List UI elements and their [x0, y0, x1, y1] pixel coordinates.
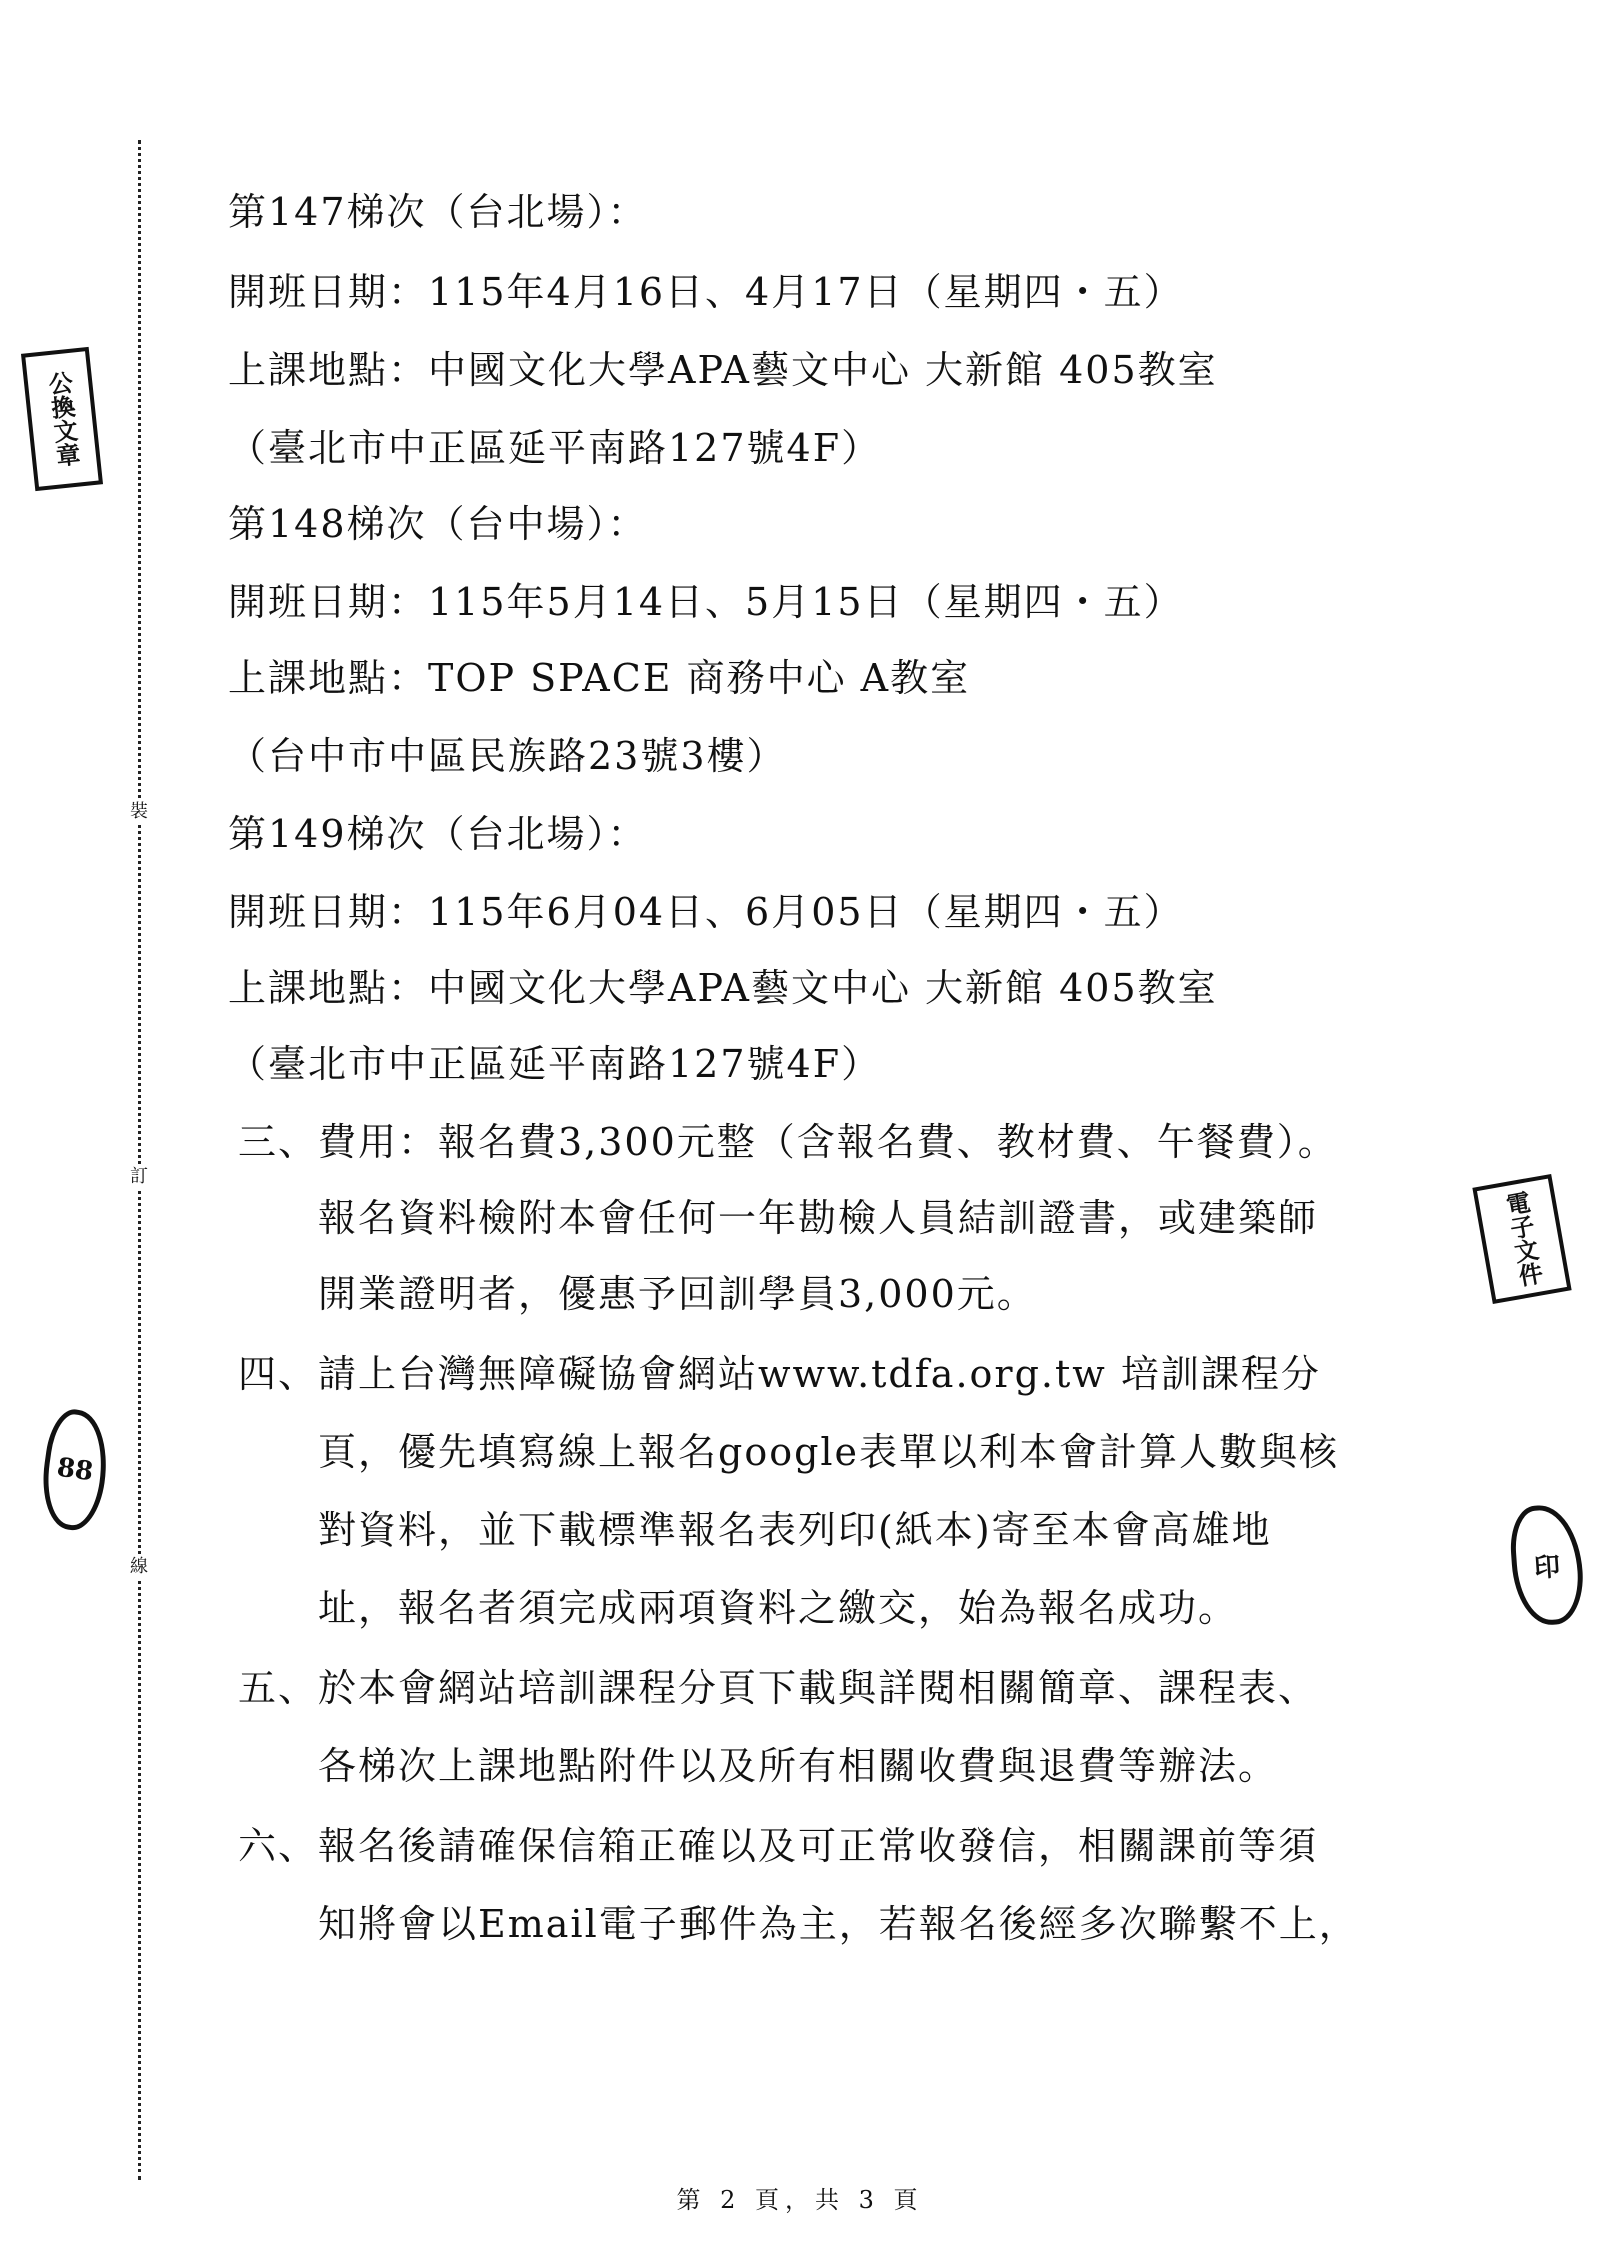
session-147-title: 第147梯次（台北場）：: [228, 190, 648, 234]
session-149-address: （臺北市中正區延平南路127號4F）: [228, 1042, 881, 1086]
download-item-line-2: 各梯次上課地點附件以及所有相關收費與退費等辦法。: [318, 1744, 1278, 1788]
session-149-location: 上課地點：中國文化大學APA藝文中心 大新館 405教室: [228, 966, 1218, 1010]
binding-dotted-line: [138, 140, 141, 2180]
session-148-dates: 開班日期：115年5月14日、5月15日（星期四・五）: [228, 580, 1184, 624]
registration-item-line-1: 四、請上台灣無障礙協會網站www.tdfa.org.tw 培訓課程分: [238, 1352, 1321, 1396]
exchange-stamp-icon: 公換文章: [21, 347, 103, 491]
registration-item-line-3: 對資料，並下載標準報名表列印(紙本)寄至本會高雄地: [318, 1508, 1272, 1552]
session-147-address: （臺北市中正區延平南路127號4F）: [228, 426, 881, 470]
email-item-line-2: 知將會以Email電子郵件為主，若報名後經多次聯繫不上，: [318, 1902, 1359, 1946]
session-149-dates: 開班日期：115年6月04日、6月05日（星期四・五）: [228, 890, 1184, 934]
fee-item-line-3: 開業證明者，優惠予回訓學員3,000元。: [318, 1272, 1037, 1316]
registration-item-line-2: 頁，優先填寫線上報名google表單以利本會計算人數與核: [318, 1430, 1339, 1474]
session-148-location: 上課地點：TOP SPACE 商務中心 A教室: [228, 656, 970, 700]
fee-item-line-2: 報名資料檢附本會任何一年勘檢人員結訓證書，或建築師: [318, 1196, 1318, 1240]
session-149-title: 第149梯次（台北場）：: [228, 812, 648, 856]
session-147-location: 上課地點：中國文化大學APA藝文中心 大新館 405教室: [228, 348, 1218, 392]
email-item-line-1: 六、報名後請確保信箱正確以及可正常收發信，相關課前等須: [238, 1824, 1318, 1868]
seal-mark-icon: 88: [36, 1406, 114, 1533]
session-147-dates: 開班日期：115年4月16日、4月17日（星期四・五）: [228, 270, 1184, 314]
binding-label-zhuang: 裝: [122, 800, 156, 824]
session-148-address: （台中市中區民族路23號3樓）: [228, 734, 787, 778]
fee-item-line-1: 三、費用：報名費3,300元整（含報名費、教材費、午餐費）。: [238, 1120, 1338, 1164]
electronic-document-stamp-icon: 電子文件: [1472, 1174, 1571, 1304]
binding-label-xian: 線: [122, 1555, 156, 1579]
registration-item-line-4: 址，報名者須完成兩項資料之繳交，始為報名成功。: [318, 1586, 1238, 1630]
seal-mark-right-icon: 印: [1508, 1503, 1586, 1628]
download-item-line-1: 五、於本會網站培訓課程分頁下載與詳閱相關簡章、課程表、: [238, 1666, 1318, 1710]
session-148-title: 第148梯次（台中場）：: [228, 502, 648, 546]
page-indicator: 第 2 頁，共 3 頁: [0, 2180, 1600, 2215]
binding-label-ding: 訂: [122, 1165, 156, 1189]
